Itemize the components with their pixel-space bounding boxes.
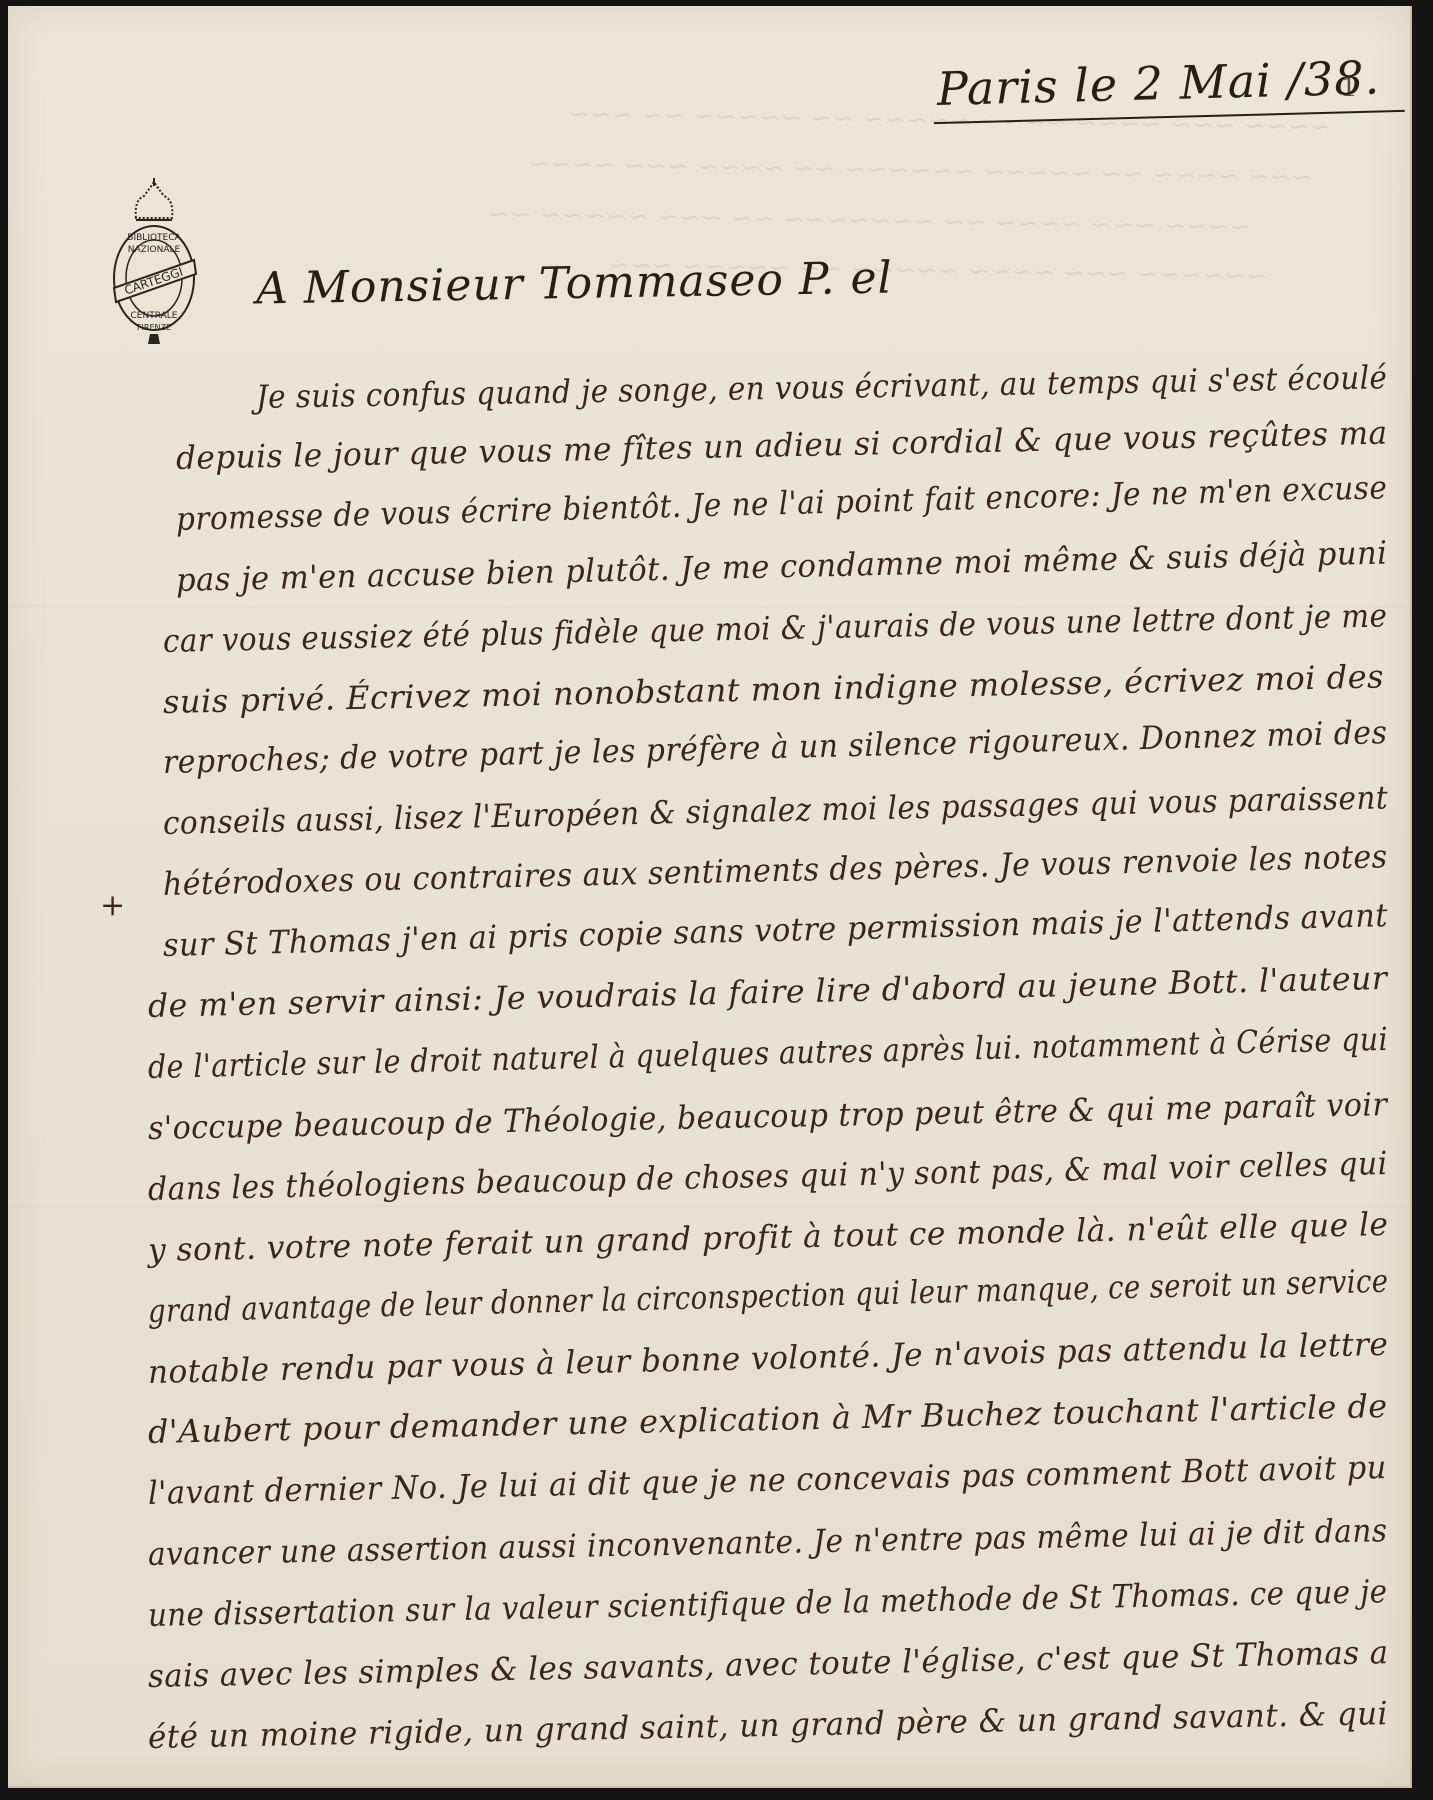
letter-line: de m'en servir ainsi: Je voudrais la fai… bbox=[148, 959, 1388, 1025]
letter-line: s'occupe beaucoup de Théologie, beaucoup… bbox=[148, 1085, 1388, 1147]
letter-line: suis privé. Écrivez moi nonobstant mon i… bbox=[163, 657, 1385, 721]
letter-page: ~~~~ ~~~ ~~~~ ~~~ ~~~~~~ ~~ ~~~~~ ~~ ~~~… bbox=[8, 6, 1412, 1788]
archive-stamp-icon: CARTEGGI BIBLIOTECA NAZIONALE CENTRALE F… bbox=[106, 178, 202, 348]
stamp-city-text: FIRENZE bbox=[137, 323, 171, 332]
letter-line: Je suis confus quand je songe, en vous é… bbox=[256, 358, 1388, 416]
letter-line: depuis le jour que vous me fîtes un adie… bbox=[176, 414, 1388, 477]
letter-line: l'avant dernier No. Je lui ai dit que je… bbox=[148, 1448, 1387, 1512]
stamp-bottom-text: CENTRALE bbox=[131, 311, 178, 321]
letter-line: grand avantage de leur donner la circons… bbox=[148, 1261, 1389, 1329]
letter-line: reproches; de votre part je les préfère … bbox=[163, 714, 1388, 782]
stamp-middle-text: NAZIONALE bbox=[128, 245, 181, 255]
letter-line: pas je m'en accuse bien plutôt. Je me co… bbox=[176, 533, 1388, 598]
letter-line: dans les théologiens beaucoup de choses … bbox=[148, 1144, 1388, 1208]
letter-line: notable rendu par vous à leur bonne volo… bbox=[148, 1324, 1389, 1390]
letter-line: été un moine rigide, un grand saint, un … bbox=[148, 1694, 1389, 1756]
dateline: Paris le 2 Mai /38. bbox=[932, 50, 1405, 124]
salutation: A Monsieur Tommaseo P. el bbox=[256, 252, 893, 314]
bleed-through-text: ~~~ ~~~~ ~~ ~~~~~ ~~~~~~ ~~ ~~~~ ~~~ ~~~… bbox=[528, 149, 1313, 193]
letter-line: de l'article sur le droit naturel à quel… bbox=[148, 1020, 1389, 1086]
letter-line: promesse de vous écrire bientôt. Je ne l… bbox=[176, 468, 1388, 538]
letter-line: hétérodoxes ou contraires aux sentiments… bbox=[163, 837, 1388, 903]
margin-mark: + bbox=[100, 888, 125, 923]
bleed-through-text: ~~~~ ~~~ ~~~~ ~~ ~~~~~~~ ~~ ~~~ ~~~~~ ~~ bbox=[488, 199, 1252, 242]
letter-line: avancer une assertion aussi inconvenante… bbox=[148, 1511, 1388, 1573]
stamp-top-text: BIBLIOTECA bbox=[127, 233, 181, 243]
letter-line: conseils aussi, lisez l'Européen & signa… bbox=[163, 779, 1389, 843]
letter-line: y sont. votre note ferait un grand profi… bbox=[148, 1205, 1389, 1269]
letter-line: sais avec les simples & les savants, ave… bbox=[148, 1633, 1389, 1695]
letter-line: une dissertation sur la valeur scientifi… bbox=[148, 1572, 1388, 1634]
letter-line: d'Aubert pour demander une explication à… bbox=[148, 1387, 1388, 1451]
letter-line: sur St Thomas j'en ai pris copie sans vo… bbox=[163, 896, 1389, 964]
